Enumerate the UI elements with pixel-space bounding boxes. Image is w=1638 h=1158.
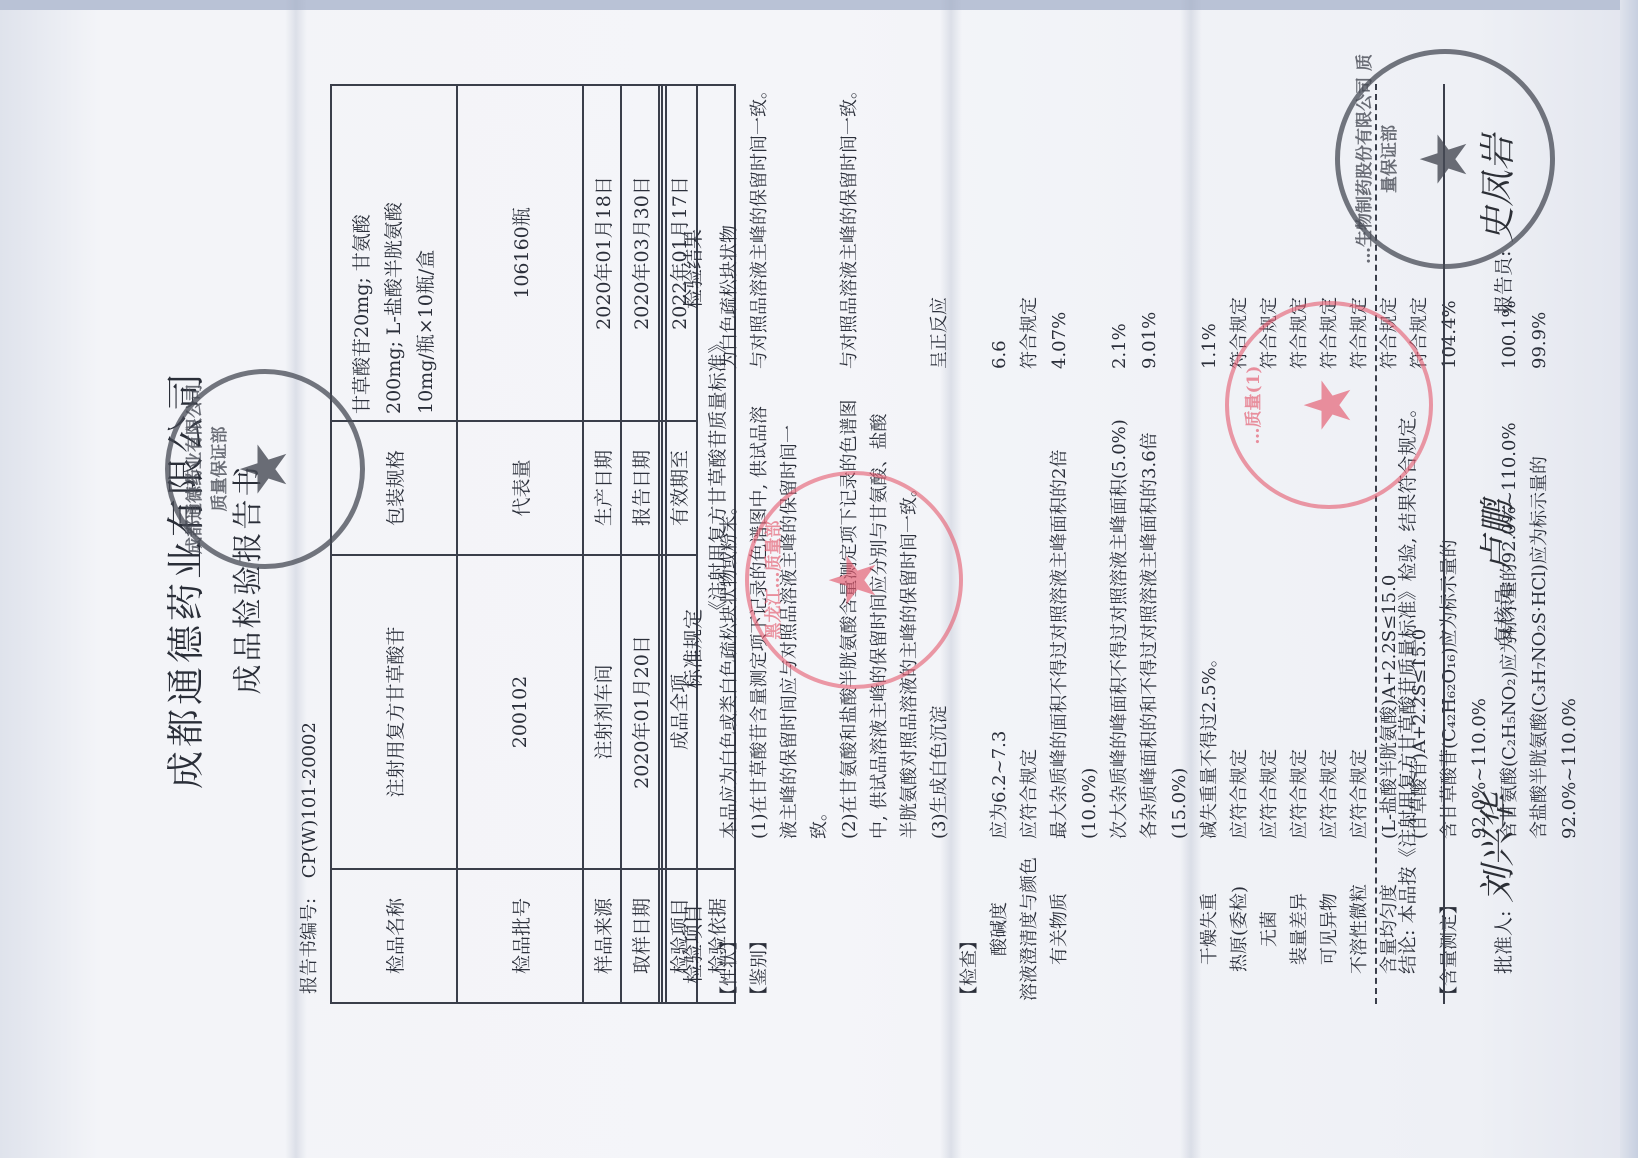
test-standard: 最大杂质峰的面积不得过对照溶液主峰面积的2倍(10.0%) [1045,399,1105,839]
test-item-name: 干燥失重 [1195,854,1225,1004]
red-stamp-lower: ★ …质量(1) [1225,301,1433,509]
test-row: 次大杂质峰的峰面积不得过对照溶液主峰面积(5.0%)2.1% [1105,84,1135,1004]
scan-edge [0,0,1638,10]
test-result: 9.01% [1135,79,1165,369]
star-icon: ★ [1413,130,1477,187]
test-row: 酸碱度应为6.2~7.36.6 [985,84,1015,1004]
star-icon: ★ [822,551,886,608]
inspection-report-page: 成都通德药业有限公司 成品检验报告书 报告书编号: CP(W)101-20002… [125,29,1575,1129]
report-number-value: CP(W)101-20002 [299,722,320,878]
gray-company-stamp-top: ★ 成都通德药业有限公司 质量保证部 [165,369,365,569]
quantity-value: 106160瓶 [457,85,583,421]
column-header-item: 检验项目 [677,904,706,984]
test-item-name: 【性状】 [715,854,745,1004]
column-header-standard: 标准规定 [677,609,706,689]
scan-edge [1620,0,1638,1158]
test-standard: 减失重量不得过2.5%。 [1195,399,1225,839]
star-icon: ★ [233,440,297,497]
reviewer-label: 复核员: [1493,581,1515,644]
approver-signature: 刘兴华 [1478,795,1519,903]
test-standard: 应为6.2~7.3 [985,399,1015,839]
test-result: 为白色疏松块状物 [715,79,745,369]
test-row: 热原(委检)应符合规定符合规定 [1225,84,1255,1004]
test-row: 溶液澄清度与颜色应符合规定符合规定 [1015,84,1045,1004]
test-result: 6.6 [985,79,1015,369]
report-number-label: 报告书编号: [299,898,320,994]
test-row: 【检查】 [955,84,985,1004]
test-result: 呈正反应 [925,79,955,369]
test-item-name: 不溶性微粒 [1345,854,1375,1004]
test-item-name: 无菌 [1255,854,1285,1004]
batch-label: 检品批号 [457,869,583,1003]
company-name: 成都通德药业有限公司 [155,29,210,1129]
test-item-name: 酸碱度 [985,854,1015,1004]
product-info-table: 检品名称 注射用复方甘草酸苷 包装规格 甘草酸苷20mg; 甘氨酸 200mg;… [330,84,736,1004]
reviewer-signature: 卢鹏 [1478,501,1519,573]
stamp-text: …质量(1) [1239,305,1264,505]
product-name-value: 注射用复方甘草酸苷 [331,555,457,869]
test-item-name: 可见异物 [1315,854,1345,1004]
report-date-value: 2020年03月30日 [621,85,659,421]
approver: 批准人:刘兴华 [1470,795,1521,974]
package-spec-value: 甘草酸苷20mg; 甘氨酸 200mg; L-盐酸半胱氨酸 10mg/瓶×10瓶… [331,85,457,421]
sampling-date-value: 2020年01月20日 [621,555,659,869]
production-date-label: 生产日期 [583,421,621,555]
reporter-label: 报告员: [1493,251,1515,314]
test-item-name: 装量差异 [1285,854,1315,1004]
test-result: 1.1% [1195,79,1225,369]
test-row: 各杂质峰面积的和不得过对照溶液主峰面积的3.6倍(15.0%)9.01% [1135,84,1195,1004]
production-date-value: 2020年01月18日 [583,85,621,421]
stamp-text: 成都通德药业有限公司 质量保证部 [180,374,230,564]
source-label: 样品来源 [583,869,621,1003]
source-value: 注射剂车间 [583,555,621,869]
test-standard: 次大杂质峰的峰面积不得过对照溶液主峰面积(5.0%) [1105,399,1135,839]
stamp-text: 黑龙江…质量部 [759,475,784,685]
test-item-name: 【检查】 [955,854,985,1004]
red-stamp-middle: ★ 黑龙江…质量部 [745,471,963,689]
product-name-label: 检品名称 [331,869,457,1003]
test-result: 与对照品溶液主峰的保留时间一致。 [745,79,775,369]
package-spec-line: 10mg/瓶×10瓶/盒 [410,92,442,414]
test-standard: 本品应为白色或类白色疏松块状物或粉末。 [715,399,745,839]
column-header-result: 检验结果 [677,229,706,309]
test-row: 【性状】本品应为白色或类白色疏松块状物或粉末。为白色疏松块状物 [715,84,745,1004]
batch-value: 200102 [457,555,583,869]
approver-label: 批准人: [1493,911,1515,974]
test-standard: 应符合规定 [1015,399,1045,839]
test-item-name: 有关物质 [1045,854,1075,1004]
test-row: 装量差异应符合规定符合规定 [1285,84,1315,1004]
divider [665,84,667,1004]
star-icon: ★ [1297,376,1361,433]
test-standard: 各杂质峰面积的和不得过对照溶液主峰面积的3.6倍(15.0%) [1135,399,1195,839]
test-result: 4.07% [1045,79,1075,369]
reviewer: 复核员:卢鹏 [1470,501,1521,644]
test-result: 符合规定 [1015,79,1045,369]
package-spec-line: 甘草酸苷20mg; 甘氨酸 [346,92,378,414]
document-title: 成品检验报告书 [223,29,267,1129]
divider [661,84,663,1004]
sampling-date-label: 取样日期 [621,869,659,1003]
test-row: 有关物质最大杂质峰的面积不得过对照溶液主峰面积的2倍(10.0%)4.07% [1045,84,1105,1004]
test-item-name: 【鉴别】 [745,854,775,1004]
test-row: 无菌应符合规定符合规定 [1255,84,1285,1004]
stamp-text: …生物制药股份有限公司 质量保证部 [1350,54,1400,264]
test-result: 2.1% [1105,79,1135,369]
test-row: 可见异物应符合规定符合规定 [1315,84,1345,1004]
quantity-label: 代表量 [457,421,583,555]
report-date-label: 报告日期 [621,421,659,555]
test-standard: 含盐酸半胱氨酸(C₃H₇NO₂S·HCl)应为标示量的92.0%~110.0% [1525,399,1585,839]
test-row: 干燥失重减失重量不得过2.5%。1.1% [1195,84,1225,1004]
conclusion-text: 结论: 本品按《注射用复方甘草酸苷质量标准》检验, 结果符合规定。 [1393,398,1420,974]
package-spec-line: 200mg; L-盐酸半胱氨酸 [378,92,410,414]
gray-stamp-bottom-right: ★ …生物制药股份有限公司 质量保证部 [1335,49,1555,269]
test-item-name: 溶液澄清度与颜色 [1015,854,1045,1004]
test-result: 与对照品溶液主峰的保留时间一致。 [835,79,865,369]
test-item-name: 【含量测定】 [1435,854,1465,1004]
report-number: 报告书编号: CP(W)101-20002 [295,708,321,994]
test-standard [955,399,985,839]
test-item-name: 热原(委检) [1225,854,1255,1004]
